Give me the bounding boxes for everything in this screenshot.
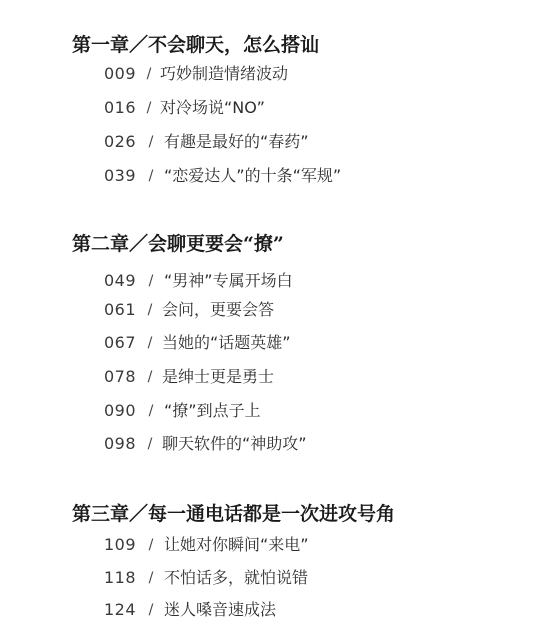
toc-entry: 049 / “男神”专属开场白 <box>104 270 293 292</box>
toc-entry: 009 / 巧妙制造情绪波动 <box>104 63 288 85</box>
separator: / <box>138 599 164 621</box>
toc-entry: 078 / 是绅士更是勇士 <box>104 366 274 388</box>
separator: / <box>138 332 162 354</box>
toc-entry: 090 / “撩”到点子上 <box>104 400 261 422</box>
page-number: 118 <box>104 567 138 589</box>
page-number: 016 <box>104 97 138 119</box>
entry-title: 有趣是最好的“春药” <box>164 131 309 153</box>
separator: / <box>138 270 164 292</box>
entry-title: 不怕话多，就怕说错 <box>164 567 308 589</box>
page-number: 124 <box>104 599 138 621</box>
page-number: 098 <box>104 433 138 455</box>
page-number: 026 <box>104 131 138 153</box>
chapter-2-title: 第二章／会聊更要会“撩” <box>72 232 284 256</box>
separator: / <box>138 366 162 388</box>
separator: / <box>138 299 162 321</box>
toc-entry: 098 / 聊天软件的“神助攻” <box>104 433 307 455</box>
separator: / <box>138 131 164 153</box>
toc-entry: 061 / 会问，更要会答 <box>104 299 274 321</box>
entry-title: 会问，更要会答 <box>162 299 274 321</box>
entry-title: “恋爱达人”的十条“军规” <box>164 165 341 187</box>
entry-title: 对冷场说“NO” <box>160 97 265 119</box>
page-number: 090 <box>104 400 138 422</box>
entry-title: “撩”到点子上 <box>164 400 261 422</box>
toc-entry: 118 / 不怕话多，就怕说错 <box>104 567 308 589</box>
entry-title: 巧妙制造情绪波动 <box>160 63 288 85</box>
entry-title: “男神”专属开场白 <box>164 270 293 292</box>
toc-entry: 039 / “恋爱达人”的十条“军规” <box>104 165 341 187</box>
entry-title: 是绅士更是勇士 <box>162 366 274 388</box>
toc-entry: 016 / 对冷场说“NO” <box>104 97 265 119</box>
separator: / <box>138 400 164 422</box>
separator: / <box>138 567 164 589</box>
table-of-contents: 第一章／不会聊天，怎么搭讪 009 / 巧妙制造情绪波动 016 / 对冷场说“… <box>0 0 542 631</box>
separator: / <box>138 433 162 455</box>
page-number: 049 <box>104 270 138 292</box>
separator: / <box>138 534 164 556</box>
entry-title: 当她的“话题英雄” <box>162 332 291 354</box>
entry-title: 让她对你瞬间“来电” <box>164 534 309 556</box>
toc-entry: 026 / 有趣是最好的“春药” <box>104 131 309 153</box>
separator: / <box>138 97 160 119</box>
toc-entry: 109 / 让她对你瞬间“来电” <box>104 534 309 556</box>
page-number: 039 <box>104 165 138 187</box>
page-number: 078 <box>104 366 138 388</box>
entry-title: 聊天软件的“神助攻” <box>162 433 307 455</box>
page-number: 067 <box>104 332 138 354</box>
separator: / <box>138 165 164 187</box>
entry-title: 迷人嗓音速成法 <box>164 599 276 621</box>
page-number: 061 <box>104 299 138 321</box>
toc-entry: 067 / 当她的“话题英雄” <box>104 332 291 354</box>
toc-entry: 124 / 迷人嗓音速成法 <box>104 599 276 621</box>
page-number: 009 <box>104 63 138 85</box>
page-number: 109 <box>104 534 138 556</box>
chapter-3-title: 第三章／每一通电话都是一次进攻号角 <box>72 502 395 526</box>
separator: / <box>138 63 160 85</box>
chapter-1-title: 第一章／不会聊天，怎么搭讪 <box>72 33 319 57</box>
